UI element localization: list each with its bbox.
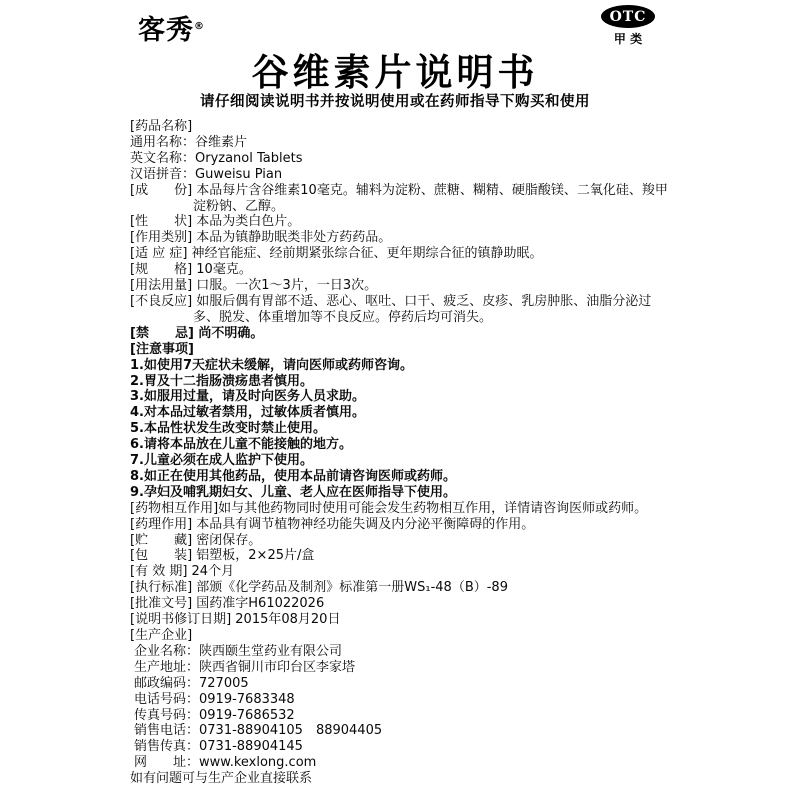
insert-line: [药品名称] [130, 119, 668, 135]
insert-line: [用法用量] 口服。一次1～3片，一日3次。 [130, 278, 668, 294]
drug-insert-page: 客秀® OTC 甲 类 谷维素片说明书 请仔细阅读说明书并按说明使用或在药师指导… [0, 0, 790, 790]
insert-line: 英文名称：Oryzanol Tablets [130, 151, 668, 167]
insert-line: 5.本品性状发生改变时禁止使用。 [130, 421, 668, 437]
page-subtitle: 请仔细阅读说明书并按说明使用或在药师指导下购买和使用 [0, 90, 790, 111]
insert-line: 通用名称：谷维素片 [130, 135, 668, 151]
insert-line: [有 效 期] 24个月 [130, 564, 668, 580]
insert-line: [生产企业] [130, 628, 668, 644]
insert-line: [不良反应] 如服后偶有胃部不适、恶心、呕吐、口干、疲乏、皮疹、乳房肿胀、油脂分… [130, 294, 668, 326]
insert-body: [药品名称]通用名称：谷维素片英文名称：Oryzanol Tablets汉语拼音… [130, 119, 668, 787]
insert-line: 生产地址：陕西省铜川市印台区李家塔 [130, 660, 668, 676]
insert-line: 销售电话：0731-88904105 88904405 [130, 723, 668, 739]
insert-line: [适 应 症] 神经官能症、经前期紧张综合征、更年期综合征的镇静助眠。 [130, 246, 668, 262]
insert-line: 6.请将本品放在儿童不能接触的地方。 [130, 437, 668, 453]
insert-line: [贮 藏] 密闭保存。 [130, 533, 668, 549]
insert-line: [批准文号] 国药准字H61022026 [130, 596, 668, 612]
insert-line: [执行标准] 部颁《化学药品及制剂》标准第一册WS₁-48（B）-89 [130, 580, 668, 596]
insert-line: [规 格] 10毫克。 [130, 262, 668, 278]
insert-line: 7.儿童必须在成人监护下使用。 [130, 453, 668, 469]
page-title: 谷维素片说明书 [0, 42, 790, 96]
insert-line: 销售传真：0731-88904145 [130, 739, 668, 755]
insert-line: [说明书修订日期] 2015年08月20日 [130, 612, 668, 628]
insert-line: 电话号码：0919-7683348 [130, 692, 668, 708]
insert-line: 邮政编码：727005 [130, 676, 668, 692]
insert-line: [包 装] 铝塑板，2×25片/盒 [130, 548, 668, 564]
insert-line: 如有问题可与生产企业直接联系 [130, 771, 668, 787]
insert-line: 9.孕妇及哺乳期妇女、儿童、老人应在医师指导下使用。 [130, 485, 668, 501]
insert-line: 网 址：www.kexlong.com [130, 755, 668, 771]
insert-line: 4.对本品过敏者禁用，过敏体质者慎用。 [130, 405, 668, 421]
insert-line: [作用类别] 本品为镇静助眠类非处方药药品。 [130, 230, 668, 246]
insert-line: [药物相互作用]如与其他药物同时使用可能会发生药物相互作用，详情请咨询医师或药师… [130, 501, 668, 517]
insert-line: [性 状] 本品为类白色片。 [130, 214, 668, 230]
insert-line: 企业名称：陕西颐生堂药业有限公司 [130, 644, 668, 660]
insert-line: 3.如服用过量，请及时向医务人员求助。 [130, 389, 668, 405]
insert-line: 传真号码：0919-7686532 [130, 708, 668, 724]
registered-trademark-icon: ® [194, 21, 205, 32]
insert-line: 汉语拼音：Guweisu Pian [130, 167, 668, 183]
insert-line: 1.如使用7天症状未缓解，请向医师或药师咨询。 [130, 358, 668, 374]
insert-line: [药理作用] 本品具有调节植物神经功能失调及内分泌平衡障碍的作用。 [130, 517, 668, 533]
otc-badge: OTC [601, 5, 655, 28]
otc-label: OTC [610, 9, 647, 25]
insert-line: 2.胃及十二指肠溃疡患者慎用。 [130, 374, 668, 390]
insert-line: [禁 忌] 尚不明确。 [130, 326, 668, 342]
insert-line: [注意事项] [130, 342, 668, 358]
insert-line: 8.如正在使用其他药品，使用本品前请咨询医师或药师。 [130, 469, 668, 485]
insert-line: [成 份] 本品每片含谷维素10毫克。辅料为淀粉、蔗糖、糊精、硬脂酸镁、二氧化硅… [130, 183, 668, 215]
